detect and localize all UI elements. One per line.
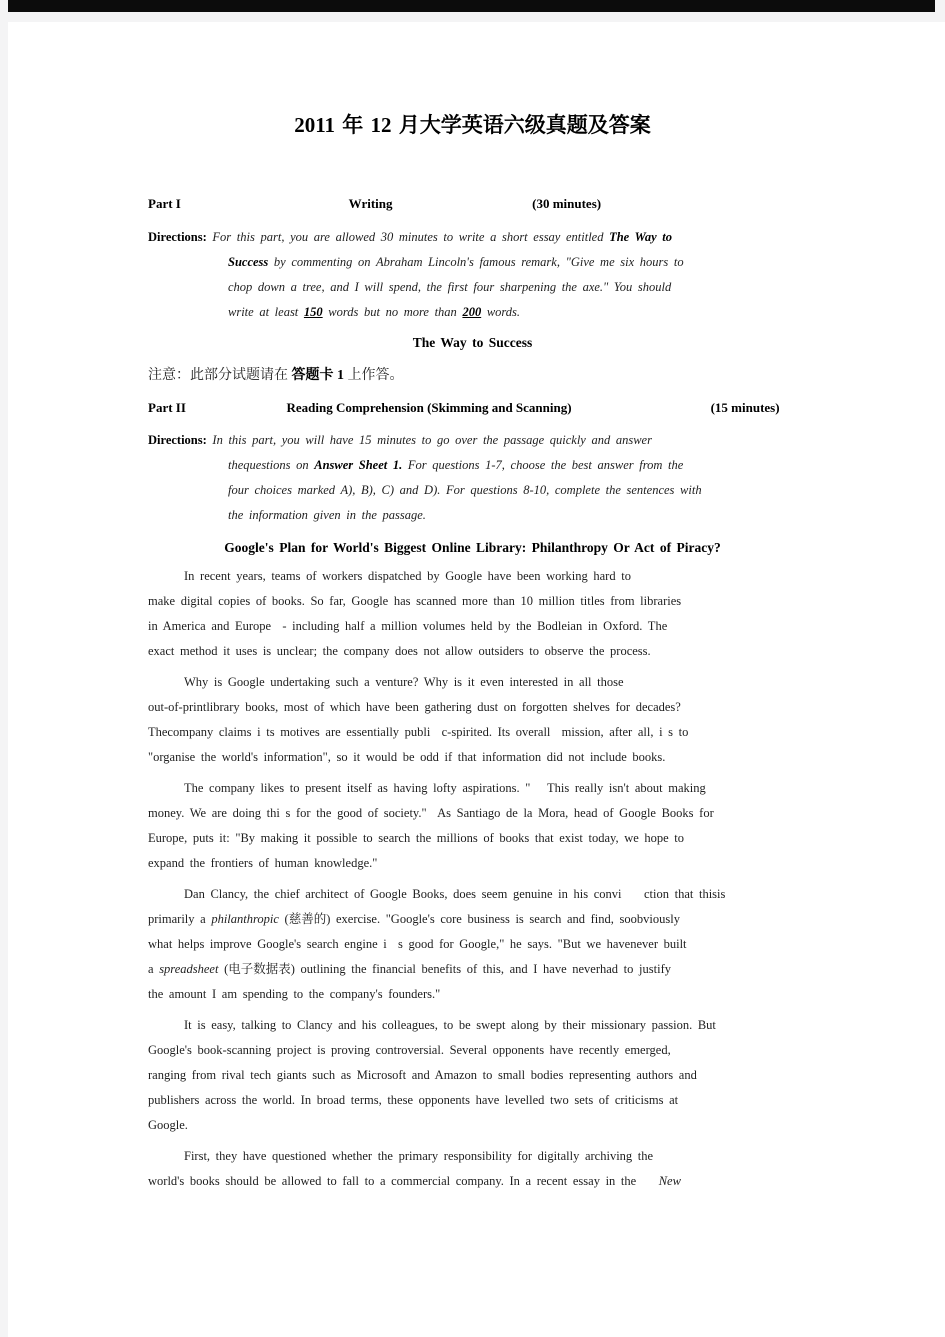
part1-time: (30 minutes) — [532, 196, 601, 212]
answer-sheet-note: 注意：此部分试题请在 答题卡 1 上作答。 — [148, 365, 797, 387]
part1-section-title: Writing — [349, 196, 393, 212]
part1-heading-row: Part I Writing (30 minutes) — [148, 196, 797, 221]
passage-title: Google's Plan for World's Biggest Online… — [148, 538, 797, 558]
passage-paragraph-5: It is easy, talking to Clancy and his co… — [148, 1013, 797, 1138]
passage-paragraph-1: In recent years, teams of workers dispat… — [148, 564, 797, 664]
essay-title: The Way to Success — [148, 333, 797, 353]
part1-directions-label: Directions: — [148, 230, 212, 244]
passage-paragraph-4: Dan Clancy, the chief architect of Googl… — [148, 882, 797, 1007]
part2-label: Part II — [148, 400, 186, 416]
part1-directions-text: For this part, you are allowed 30 minute… — [212, 230, 683, 319]
part2-time: (15 minutes) — [711, 400, 780, 416]
part2-directions-label: Directions: — [148, 433, 212, 447]
passage-paragraph-2: Why is Google undertaking such a venture… — [148, 670, 797, 770]
document-page: 2011 年 12 月大学英语六级真题及答案 Part I Writing (3… — [8, 22, 945, 1337]
part1-directions: Directions: For this part, you are allow… — [148, 225, 797, 325]
part2-directions-text: In this part, you will have 15 minutes t… — [212, 433, 701, 522]
top-dark-bar — [8, 0, 935, 12]
part2-directions: Directions: In this part, you will have … — [148, 428, 797, 528]
part1-label: Part I — [148, 196, 181, 212]
part2-section-title: Reading Comprehension (Skimming and Scan… — [286, 400, 571, 416]
passage-paragraph-3: The company likes to present itself as h… — [148, 776, 797, 876]
doc-title: 2011 年 12 月大学英语六级真题及答案 — [148, 112, 797, 138]
passage-paragraph-6: First, they have questioned whether the … — [148, 1144, 797, 1194]
part2-heading-row: Part II Reading Comprehension (Skimming … — [148, 400, 797, 425]
